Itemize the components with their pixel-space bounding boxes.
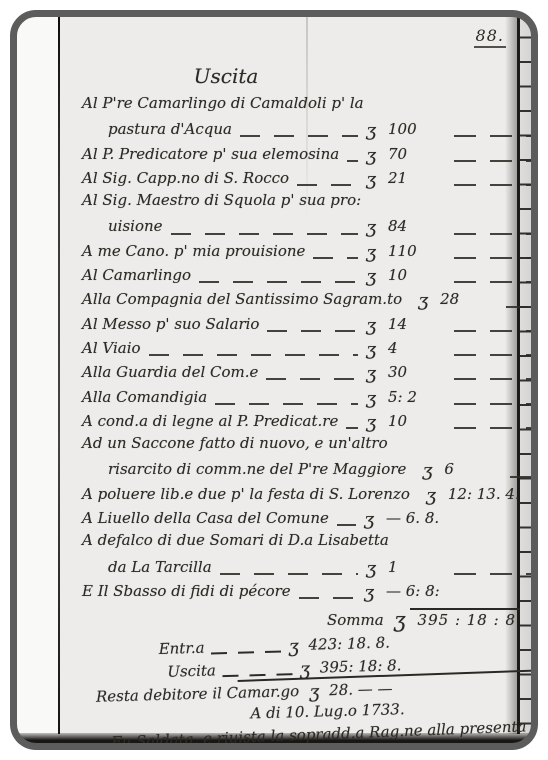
entry-amount: 10 — [382, 266, 452, 284]
lira-symbol: ʒ — [422, 460, 438, 481]
date-text: A di 10. Lug.o 1733. — [250, 700, 405, 722]
ledger-entry: A Liuello della Casa del Comune ʒ — 6. 8… — [82, 507, 490, 531]
sum-label: Somma — [327, 611, 384, 629]
ledger-entry: Al Camarlingo ʒ 10 — [82, 264, 490, 288]
ruled-dashes — [346, 427, 358, 429]
ruled-dashes — [199, 281, 358, 283]
ruled-dashes — [220, 573, 358, 575]
ledger-entry: A cond.a di legne al P. Predicat.re ʒ 10 — [82, 410, 490, 434]
entry-text: Al Sig. Maestro di Squola p' sua pro: — [82, 191, 361, 209]
entry-text: Al P. Predicatore p' sua elemosina — [82, 145, 339, 163]
entry-text: Alla Guardia del Com.e — [82, 363, 258, 381]
entrata-label: Entr.a — [158, 639, 204, 658]
entry-text: Ad un Saccone fatto di nuovo, e un'altro — [82, 434, 388, 452]
ruled-dashes — [267, 330, 358, 332]
ruled-dashes — [171, 233, 358, 235]
entry-text: risarcito di comm.ne del P're Maggiore — [108, 460, 406, 478]
ruled-dashes — [454, 378, 534, 380]
ruled-dashes — [454, 233, 534, 235]
entry-text: Al Sig. Capp.no di S. Rocco — [82, 169, 289, 187]
lira-symbol: ʒ — [366, 169, 382, 190]
ruled-dashes — [454, 281, 534, 283]
ledger-entry: Alla Comandigia ʒ 5: 2 — [82, 386, 490, 410]
page-left-edge — [58, 14, 60, 734]
entry-amount: — 6: 8: — [380, 582, 490, 600]
entry-amount: 84 — [382, 217, 452, 235]
entry-text: A poluere lib.e due p' la festa di S. Lo… — [82, 485, 410, 503]
ruled-dashes — [266, 378, 358, 380]
lira-symbol: ʒ — [394, 608, 406, 632]
lira-symbol: ʒ — [366, 339, 382, 360]
lira-symbol: ʒ — [426, 485, 442, 506]
entry-amount: 30 — [382, 363, 452, 381]
entry-amount: 1 — [382, 558, 452, 576]
lira-symbol: ʒ — [366, 388, 382, 409]
reconciliation-block: Entr.a ʒ 423: 18. 8. Uscita ʒ 395: 18: 8… — [80, 629, 491, 746]
book-fore-edge — [520, 14, 534, 734]
left-margin — [14, 14, 58, 746]
ruled-dashes — [506, 306, 534, 308]
entry-text: Al Viaio — [82, 339, 141, 357]
page-title: Uscita — [82, 64, 490, 94]
ledger-entry: Al P. Predicatore p' sua elemosina ʒ 70 — [82, 143, 490, 167]
ruled-dashes — [454, 330, 534, 332]
lira-symbol: ʒ — [366, 120, 382, 141]
entry-amount: 6 — [438, 460, 508, 478]
lira-symbol: ʒ — [366, 242, 382, 263]
ledger-entry-continuation: uisione ʒ 84 — [82, 215, 490, 239]
lira-symbol: ʒ — [364, 582, 380, 603]
ruled-dashes — [347, 160, 358, 162]
ruled-dashes — [149, 354, 358, 356]
lira-symbol: ʒ — [366, 412, 382, 433]
uscita-amount: 395: 18: 8. — [316, 656, 402, 676]
resta-amount: 28. — — — [325, 680, 393, 700]
entry-text: E Il Sbasso di fidi di pécore — [82, 582, 291, 600]
entry-text: Alla Compagnia del Santissimo Sagram.to — [82, 290, 402, 308]
lira-symbol: ʒ — [366, 315, 382, 336]
ledger-entry: A defalco di due Somari di D.a Lisabetta — [82, 531, 490, 555]
lira-symbol: ʒ — [366, 217, 382, 238]
ruled-dashes — [211, 651, 283, 655]
entry-amount: 4 — [382, 339, 452, 357]
sum-amount: 395 : 18 : 8 — [410, 608, 520, 629]
ledger-entry: A me Cano. p' mia prouisione ʒ 110 — [82, 240, 490, 264]
ruled-dashes — [454, 403, 534, 405]
ruled-dashes — [299, 597, 356, 599]
entry-amount: 100 — [382, 120, 452, 138]
entry-amount: 21 — [382, 169, 452, 187]
lira-symbol: ʒ — [300, 659, 317, 680]
lira-symbol: ʒ — [366, 266, 382, 287]
ledger-entry: Al Viaio ʒ 4 — [82, 337, 490, 361]
ledger-entry: Ad un Saccone fatto di nuovo, e un'altro — [82, 434, 490, 458]
ledger-entry: A poluere lib.e due p' la festa di S. Lo… — [82, 483, 490, 507]
sum-row: Somma ʒ 395 : 18 : 8 — [82, 606, 490, 633]
entrata-amount: 423: 18. 8. — [304, 634, 390, 654]
entry-text: A cond.a di legne al P. Predicat.re — [82, 412, 338, 430]
page-number: 88. — [474, 26, 506, 48]
ledger-entry-continuation: da La Tarcilla ʒ 1 — [82, 556, 490, 580]
lira-symbol: ʒ — [366, 558, 382, 579]
entry-amount: — 6. 8. — [380, 509, 490, 527]
lira-symbol: ʒ — [364, 509, 380, 530]
lira-symbol: ʒ — [288, 636, 305, 657]
resta-label: Resta debitore il Camar.go — [96, 682, 300, 706]
ledger-entry: Al Messo p' suo Salario ʒ 14 — [82, 313, 490, 337]
entry-text: Al Camarlingo — [82, 266, 191, 284]
ruled-dashes — [454, 160, 534, 162]
entry-text: Al Messo p' suo Salario — [82, 315, 259, 333]
ledger-entry: Al Sig. Maestro di Squola p' sua pro: — [82, 191, 490, 215]
ledger-entry: E Il Sbasso di fidi di pécore ʒ — 6: 8: — [82, 580, 490, 604]
ruled-dashes — [454, 573, 534, 575]
ruled-dashes — [313, 257, 358, 259]
ruled-dashes — [454, 135, 534, 137]
ledger-content: Uscita Al P're Camarlingo di Camaldoli p… — [82, 14, 490, 746]
entry-text: Alla Comandigia — [82, 388, 207, 406]
entry-amount: 14 — [382, 315, 452, 333]
entry-text: A defalco di due Somari di D.a Lisabetta — [82, 531, 389, 549]
ruled-dashes — [454, 257, 534, 259]
entry-amount: 5: 2 — [382, 388, 452, 406]
ruled-dashes — [337, 524, 356, 526]
entry-text: Al P're Camarlingo di Camaldoli p' la — [82, 94, 364, 112]
entry-text: A Liuello della Casa del Comune — [82, 509, 329, 527]
entry-text: pastura d'Acqua — [108, 120, 232, 138]
entry-text: uisione — [108, 217, 163, 235]
ruled-dashes — [222, 673, 294, 677]
entry-amount: 110 — [382, 242, 452, 260]
ledger-entry: Al Sig. Capp.no di S. Rocco ʒ 21 — [82, 167, 490, 191]
ledger-entry: Alla Guardia del Com.e ʒ 30 — [82, 361, 490, 385]
lira-symbol: ʒ — [366, 145, 382, 166]
ledger-entry-continuation: risarcito di comm.ne del P're Maggiore ʒ… — [82, 458, 490, 482]
ledger-entry: Al P're Camarlingo di Camaldoli p' la — [82, 94, 490, 118]
ledger-entry: Alla Compagnia del Santissimo Sagram.to … — [82, 288, 490, 312]
ruled-dashes — [510, 476, 534, 478]
entry-amount: 10 — [382, 412, 452, 430]
entry-amount: 70 — [382, 145, 452, 163]
page-scan: 88. Uscita Al P're Camarlingo di Camaldo… — [14, 14, 534, 746]
lira-symbol: ʒ — [366, 363, 382, 384]
entry-text: da La Tarcilla — [108, 558, 212, 576]
entry-amount: 28 — [434, 290, 504, 308]
ruled-dashes — [454, 184, 534, 186]
ruled-dashes — [215, 403, 358, 405]
lira-symbol: ʒ — [418, 290, 434, 311]
uscita-label: Uscita — [167, 662, 216, 681]
ruled-dashes — [454, 427, 534, 429]
lira-symbol: ʒ — [309, 682, 326, 703]
entry-amount: 12: 13. 4. — [442, 485, 534, 503]
ledger-entry-continuation: pastura d'Acqua ʒ 100 — [82, 118, 490, 142]
manuscript-photo: 88. Uscita Al P're Camarlingo di Camaldo… — [0, 0, 548, 760]
ruled-dashes — [240, 135, 358, 137]
entry-text: A me Cano. p' mia prouisione — [82, 242, 305, 260]
ruled-dashes — [297, 184, 358, 186]
ruled-dashes — [454, 354, 534, 356]
